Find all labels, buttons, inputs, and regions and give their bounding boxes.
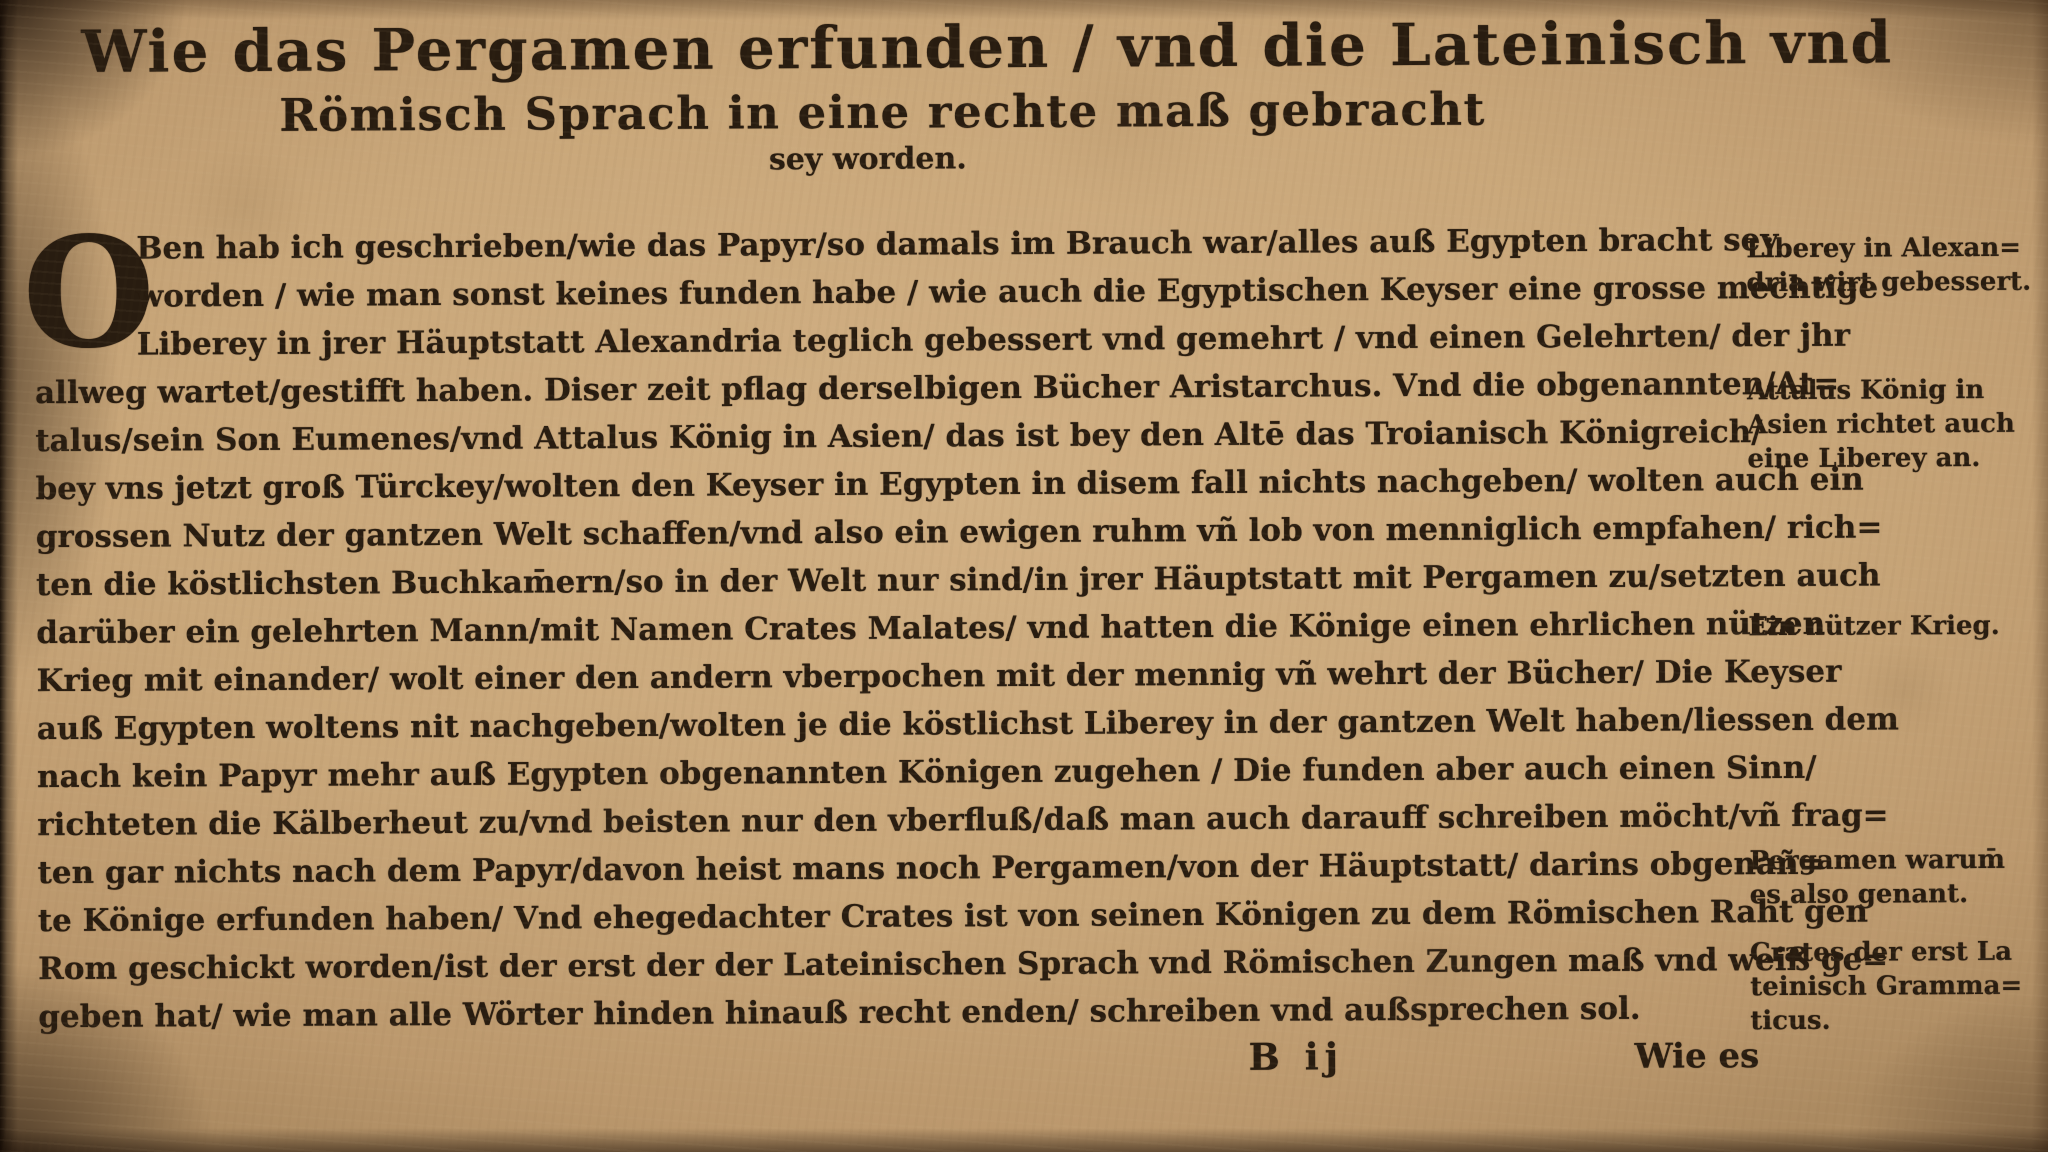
- margin-note-line: eine Liberey an.: [1747, 441, 2043, 477]
- body-line: Ben hab ich geschrieben/wie das Papyr/so…: [136, 216, 1729, 272]
- margin-note-line: Liberey in Alexan=: [1746, 231, 2042, 267]
- margin-note-line: Pergamen warum̄: [1749, 843, 2045, 879]
- margin-note-line: Attalus König in: [1747, 373, 2043, 409]
- title-line-2: Römisch Sprach in eine rechte maß gebrac…: [0, 80, 1873, 146]
- margin-note-line: teinisch Gramma=: [1750, 969, 2046, 1005]
- margin-note-line: dria wirt gebessert.: [1746, 265, 2042, 301]
- margin-note: Crates der erst La teinisch Gramma= ticu…: [1750, 935, 2047, 1039]
- page-title: Wie das Pergamen erfunden / vnd die Late…: [0, 5, 1978, 183]
- body-line: geben hat/ wie man alle Wörter hinden hi…: [38, 984, 1733, 1041]
- margin-note: Attalus König in Asien richtet auch eine…: [1747, 373, 2044, 477]
- margin-note-line: Asien richtet auch: [1747, 407, 2043, 443]
- body-text: Ben hab ich geschrieben/wie das Papyr/so…: [34, 216, 1733, 1041]
- margin-note-line: es also genant.: [1750, 877, 2046, 913]
- title-line-1: Wie das Pergamen erfunden / vnd die Late…: [0, 5, 1977, 89]
- page-content: Wie das Pergamen erfunden / vnd die Late…: [0, 0, 2048, 1152]
- margin-note: Pergamen warum̄ es also genant.: [1749, 843, 2045, 913]
- manuscript-page: Wie das Pergamen erfunden / vnd die Late…: [0, 0, 2048, 1152]
- margin-note-line: Crates der erst La: [1750, 935, 2046, 971]
- signature-mark: B ij: [1248, 1034, 1344, 1079]
- body-line: worden / wie man sonst keines funden hab…: [136, 264, 1729, 320]
- margin-note: Liberey in Alexan= dria wirt gebessert.: [1746, 231, 2042, 301]
- margin-note-line: ticus.: [1750, 1003, 2046, 1039]
- catchword: Wie es: [1634, 1036, 1759, 1077]
- body-line: Liberey in jrer Häuptstatt Alexandria te…: [137, 312, 1730, 368]
- margin-note-line: Ein nützer Krieg.: [1748, 609, 2044, 645]
- margin-note: Ein nützer Krieg.: [1748, 609, 2044, 645]
